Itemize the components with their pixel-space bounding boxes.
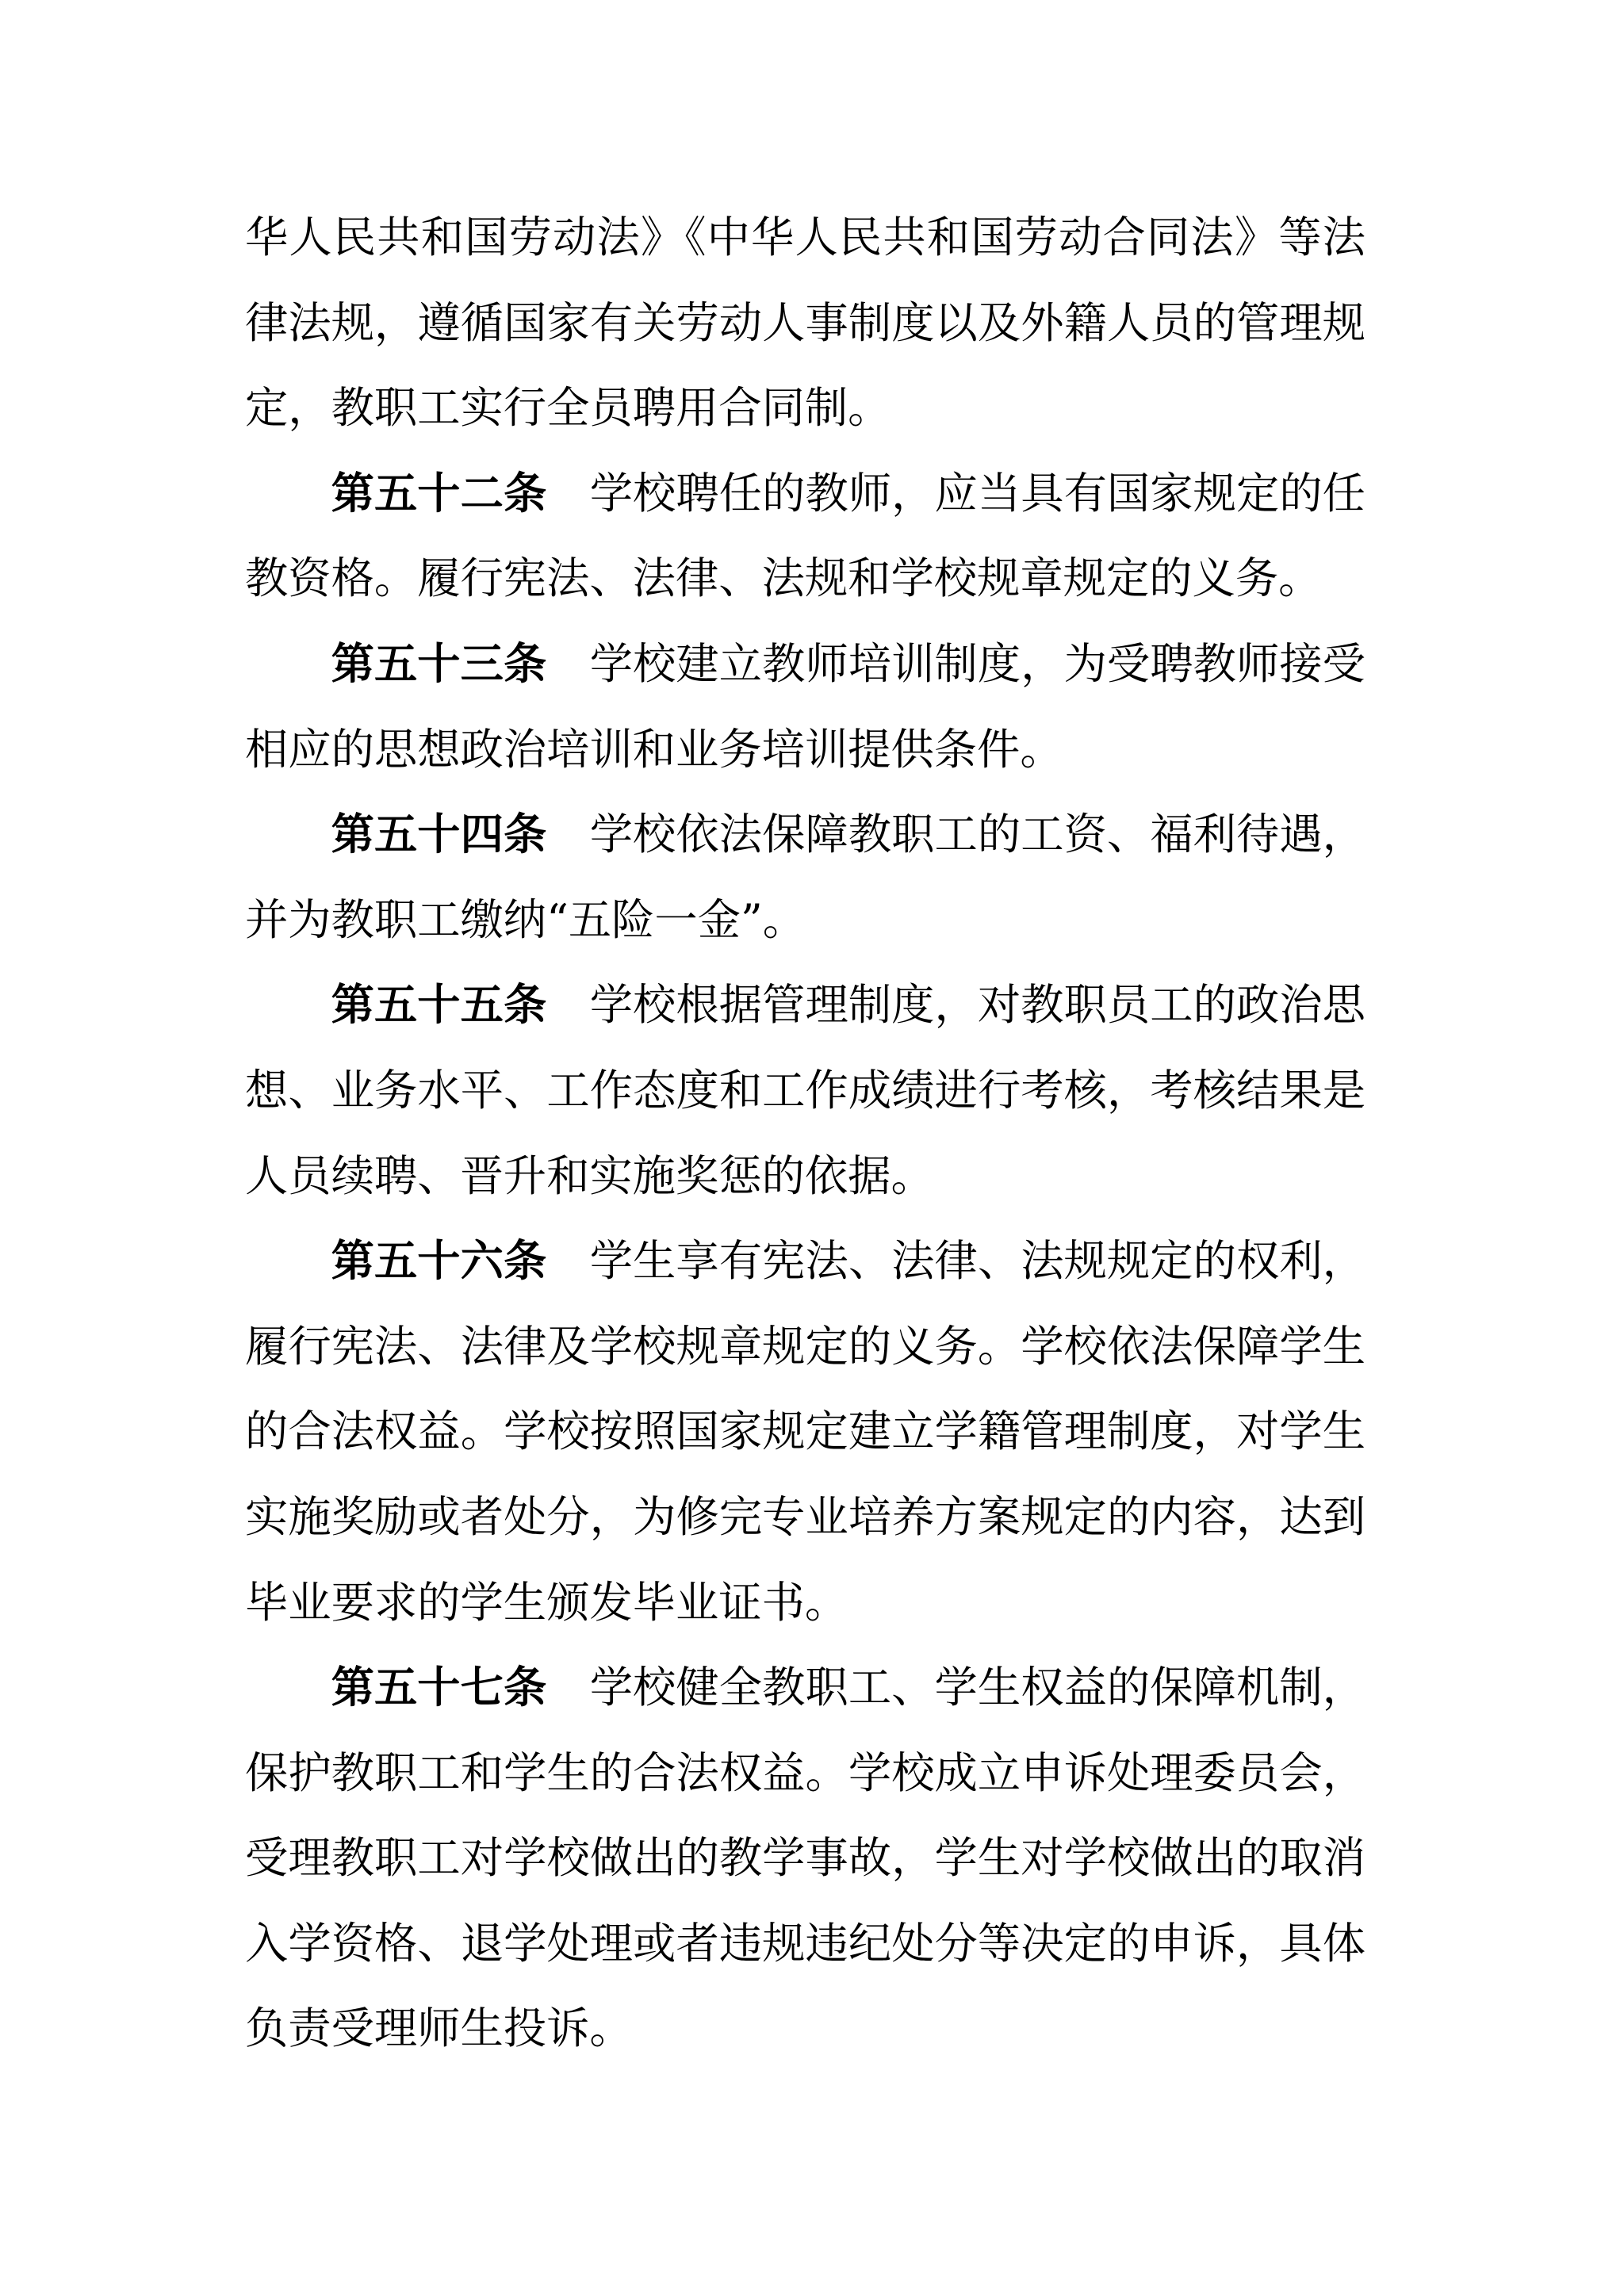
article-number: 第五十五条 [331,979,547,1030]
document-body: 华人民共和国劳动法》《中华人民共和国劳动合同法》等法律法规，遵循国家有关劳动人事… [245,195,1365,2072]
article-paragraph: 第五十七条 学校健全教职工、学生权益的保障机制，保护教职工和学生的合法权益。学校… [245,1645,1365,2072]
article-paragraph: 第五十三条 学校建立教师培训制度，为受聘教师接受相应的思想政治培训和业务培训提供… [245,622,1365,792]
continuation-paragraph: 华人民共和国劳动法》《中华人民共和国劳动合同法》等法律法规，遵循国家有关劳动人事… [245,195,1365,451]
article-paragraph: 第五十二条 学校聘任的教师，应当具有国家规定的任教资格。履行宪法、法律、法规和学… [245,451,1365,622]
article-number: 第五十六条 [331,1235,547,1286]
article-number: 第五十三条 [331,638,547,689]
document-page: 华人民共和国劳动法》《中华人民共和国劳动合同法》等法律法规，遵循国家有关劳动人事… [0,0,1624,2296]
article-number: 第五十二条 [331,468,547,519]
article-number: 第五十七条 [331,1662,547,1712]
article-paragraph: 第五十五条 学校根据管理制度，对教职员工的政治思想、业务水平、工作态度和工作成绩… [245,962,1365,1219]
article-number: 第五十四条 [331,809,547,859]
article-paragraph: 第五十四条 学校依法保障教职工的工资、福利待遇，并为教职工缴纳“五险一金”。 [245,792,1365,962]
article-paragraph: 第五十六条 学生享有宪法、法律、法规规定的权利，履行宪法、法律及学校规章规定的义… [245,1219,1365,1645]
